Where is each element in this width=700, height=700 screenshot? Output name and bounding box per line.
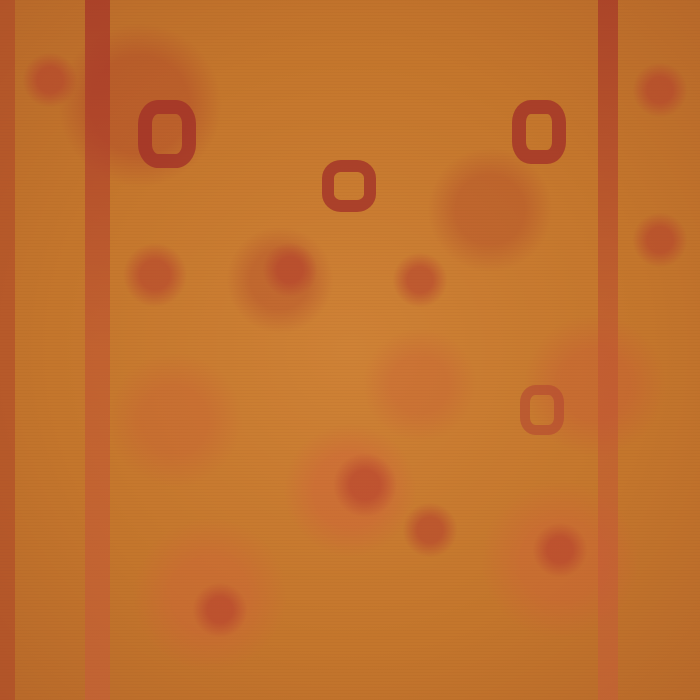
floral-sprig bbox=[630, 210, 690, 270]
floral-sprig bbox=[120, 240, 190, 310]
left-border-stripe bbox=[0, 0, 15, 700]
inner-border-stripe-right bbox=[598, 0, 618, 700]
medallion-motif bbox=[322, 160, 376, 212]
medallion-motif bbox=[138, 100, 196, 168]
floral-sprig bbox=[630, 60, 690, 120]
floral-sprig bbox=[190, 580, 250, 640]
floral-sprig bbox=[330, 450, 400, 520]
medallion-motif bbox=[520, 385, 564, 435]
rug-photo bbox=[0, 0, 700, 700]
floral-sprig bbox=[530, 520, 590, 580]
medallion-motif bbox=[512, 100, 566, 164]
floral-sprig bbox=[20, 50, 80, 110]
floral-sprig bbox=[400, 500, 460, 560]
floral-sprig bbox=[260, 240, 320, 300]
floral-sprig bbox=[390, 250, 450, 310]
inner-border-stripe-left bbox=[85, 0, 110, 700]
